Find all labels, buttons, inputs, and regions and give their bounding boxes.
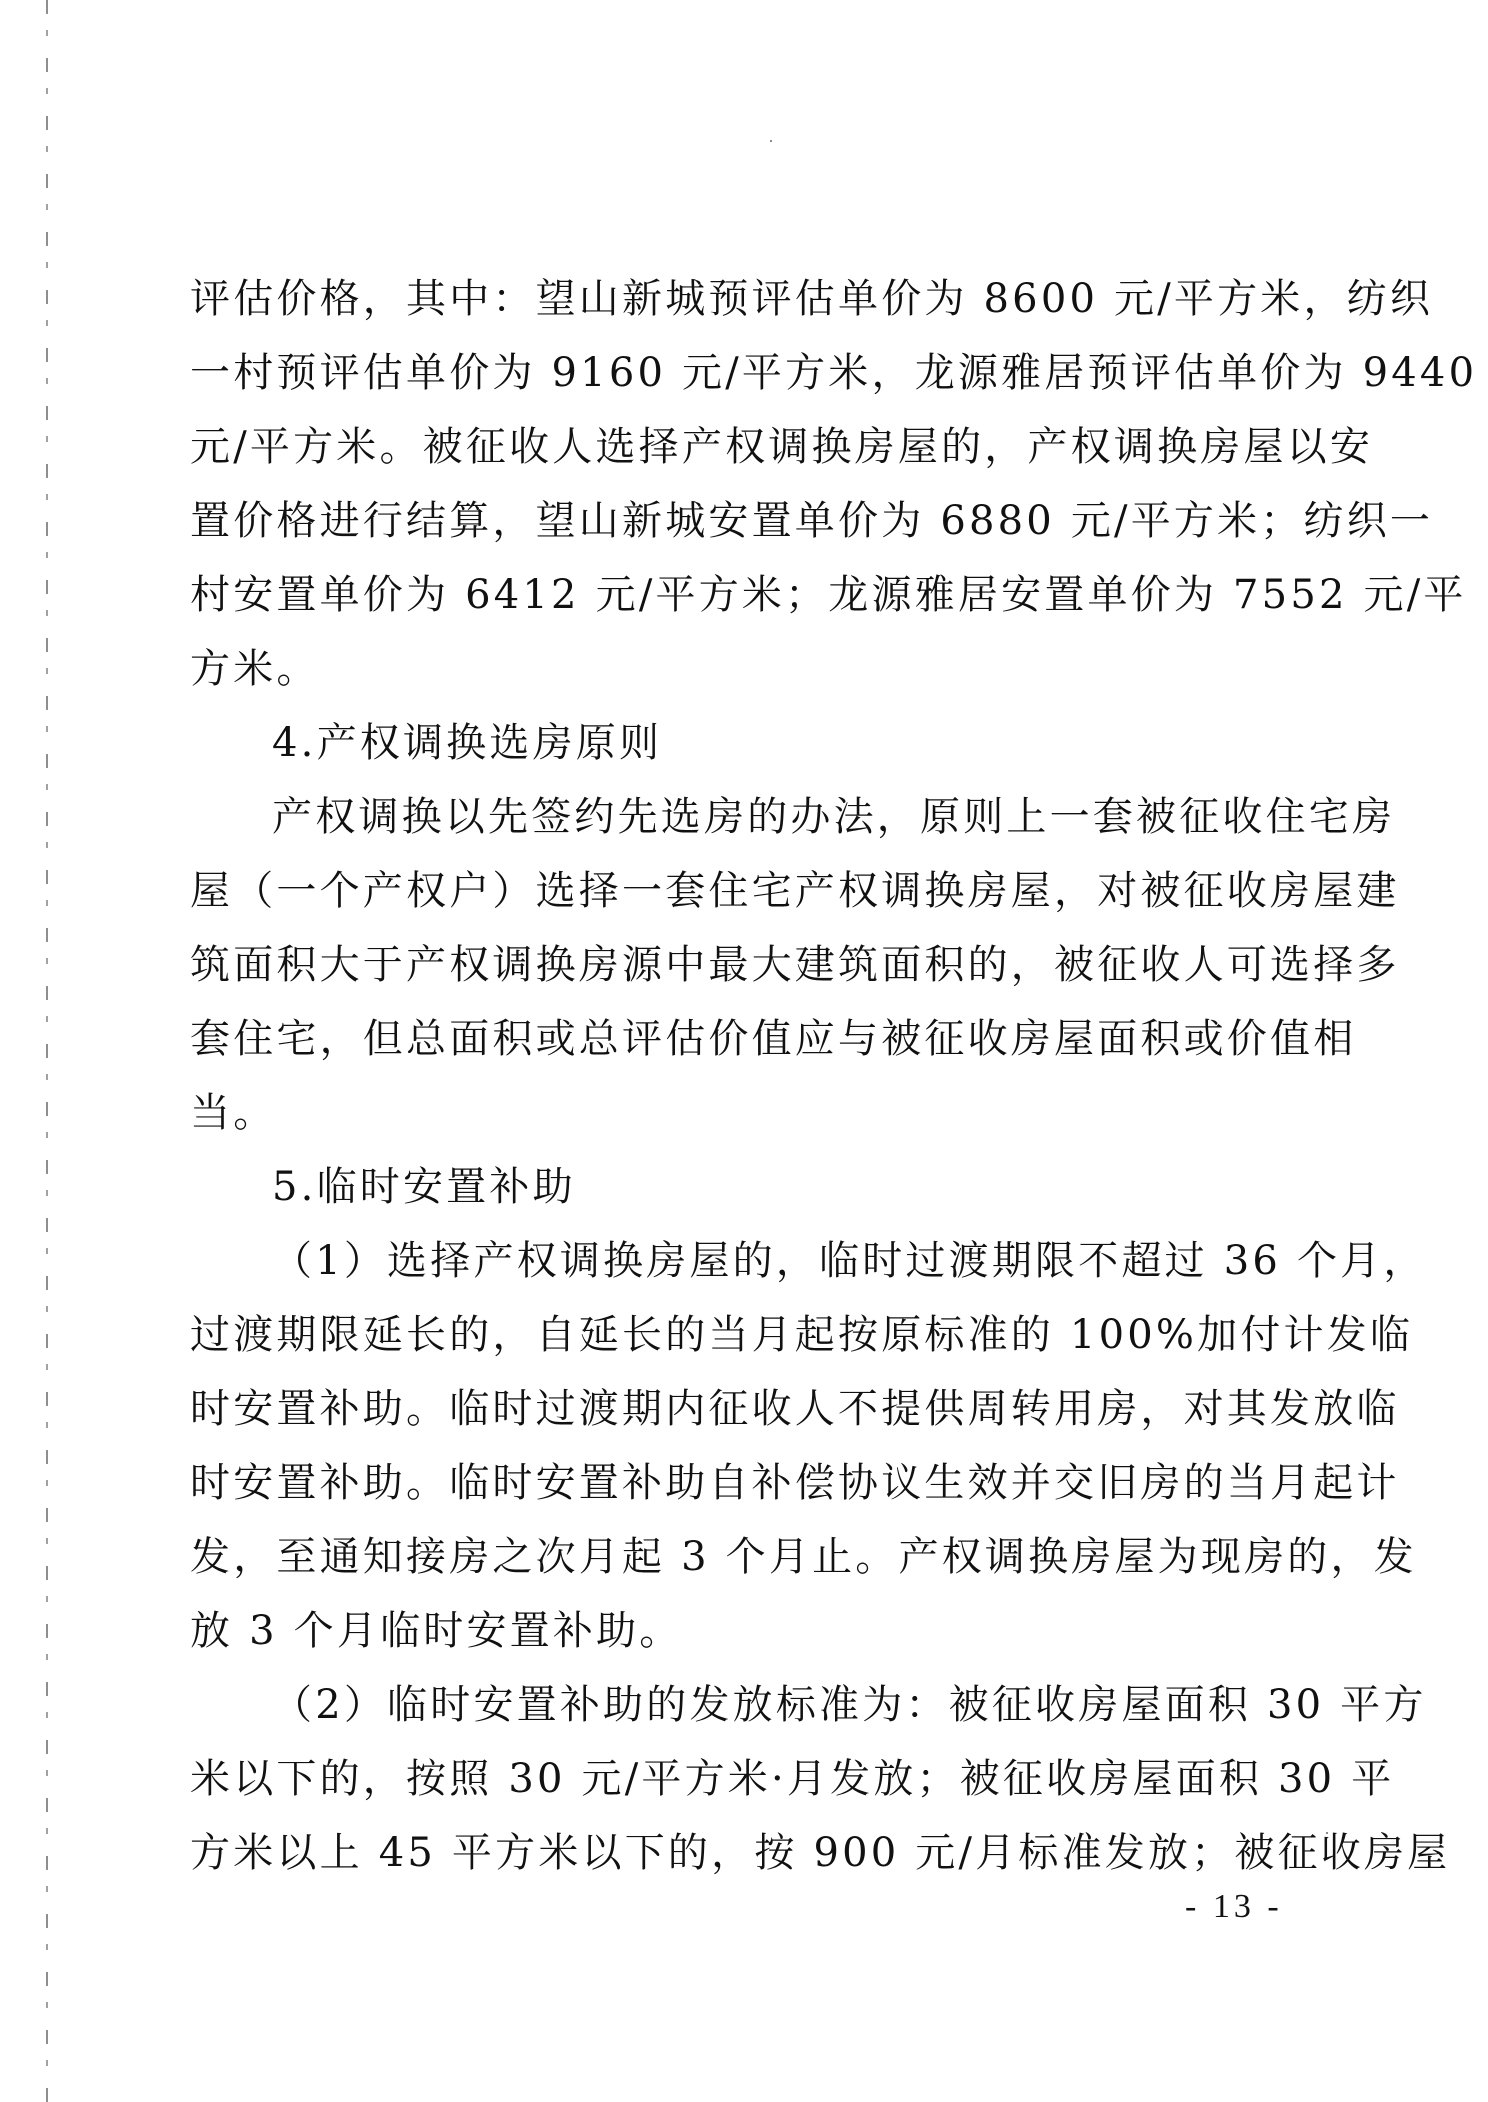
text-line: 一村预评估单价为 9160 元/平方米，龙源雅居预评估单价为 9440 <box>190 336 1305 410</box>
text-line: 方米。 <box>190 632 1305 706</box>
section-heading-4: 4.产权调换选房原则 <box>190 706 1305 780</box>
text-line: 米以下的，按照 30 元/平方米·月发放；被征收房屋面积 30 平 <box>190 1742 1305 1816</box>
text-line: 方米以上 45 平方米以下的，按 900 元/月标准发放；被征收房屋 <box>190 1816 1305 1890</box>
text-line: 屋（一个产权户）选择一套住宅产权调换房屋，对被征收房屋建 <box>190 854 1305 928</box>
text-line: 村安置单价为 6412 元/平方米；龙源雅居安置单价为 7552 元/平 <box>190 558 1305 632</box>
section-heading-5: 5.临时安置补助 <box>190 1150 1305 1224</box>
text-line: 套住宅，但总面积或总评估价值应与被征收房屋面积或价值相 <box>190 1002 1305 1076</box>
text-line: 过渡期限延长的，自延长的当月起按原标准的 100%加付计发临 <box>190 1298 1305 1372</box>
text-line: 放 3 个月临时安置补助。 <box>190 1594 1305 1668</box>
text-line: 时安置补助。临时过渡期内征收人不提供周转用房，对其发放临 <box>190 1372 1305 1446</box>
scan-speck <box>1326 1832 1328 1834</box>
text-line: 评估价格，其中：望山新城预评估单价为 8600 元/平方米，纺织 <box>190 262 1305 336</box>
text-line: 当。 <box>190 1076 1305 1150</box>
paragraph-first-line: （2）临时安置补助的发放标准为：被征收房屋面积 30 平方 <box>190 1668 1305 1742</box>
page-number: - 13 - <box>1185 1888 1283 1926</box>
text-line: 置价格进行结算，望山新城安置单价为 6880 元/平方米；纺织一 <box>190 484 1305 558</box>
paragraph-first-line: （1）选择产权调换房屋的，临时过渡期限不超过 36 个月， <box>190 1224 1305 1298</box>
text-line: 筑面积大于产权调换房源中最大建筑面积的，被征收人可选择多 <box>190 928 1305 1002</box>
paragraph-first-line: 产权调换以先签约先选房的办法，原则上一套被征收住宅房 <box>190 780 1305 854</box>
text-line: 元/平方米。被征收人选择产权调换房屋的，产权调换房屋以安 <box>190 410 1305 484</box>
document-body: 评估价格，其中：望山新城预评估单价为 8600 元/平方米，纺织 一村预评估单价… <box>190 262 1305 1890</box>
text-line: 时安置补助。临时安置补助自补偿协议生效并交旧房的当月起计 <box>190 1446 1305 1520</box>
scan-binding-edge <box>46 0 48 2102</box>
scan-speck <box>770 140 772 142</box>
text-line: 发，至通知接房之次月起 3 个月止。产权调换房屋为现房的，发 <box>190 1520 1305 1594</box>
